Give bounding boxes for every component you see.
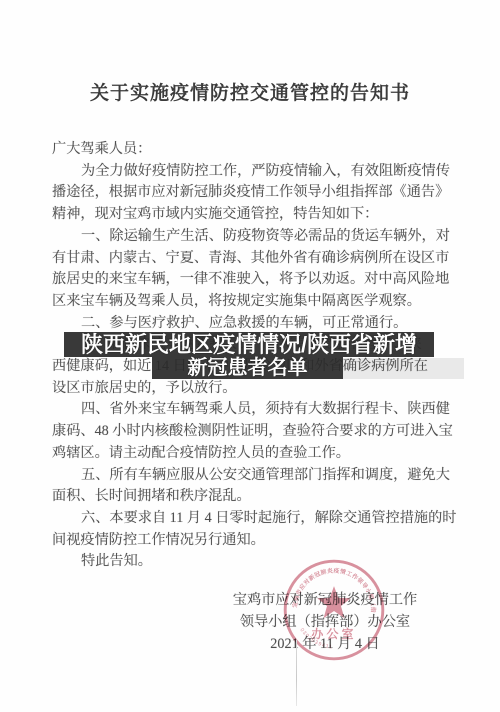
- doc-line: 广大驾乘人员：: [52, 139, 456, 161]
- doc-line: 播途径，根据市应对新冠肺炎疫情工作领导小组指挥部《通告》: [52, 182, 456, 204]
- document-photo: 关于实施疫情防控交通管控的告知书 广大驾乘人员：为全力做好疫情防控工作，严防疫情…: [0, 0, 500, 712]
- doc-line: 面积、长时间拥堵和秩序混乱。: [52, 486, 456, 508]
- doc-line: 五、所有车辆应服从公安交通管理部门指挥和调度，避免大: [52, 465, 456, 487]
- doc-line: 间视疫情防控工作情况另行通知。: [52, 530, 456, 552]
- overlay-caption-line2: 新冠患者名单: [152, 357, 343, 379]
- doc-line: 特此告知。: [52, 551, 456, 573]
- seal-star-icon: [317, 586, 351, 618]
- caption-shadow: [343, 358, 464, 379]
- doc-line: 鸡辖区。请主动配合疫情防控人员的查验工作。: [52, 443, 456, 465]
- doc-line: 旅居史的来宝车辆，一律不准驶入，将予以劝返。对中高风险地: [52, 269, 456, 291]
- seal-center-label: 办公室: [311, 626, 356, 641]
- doc-line: 为全力做好疫情防控工作，严防疫情输入，有效阻断疫情传: [52, 161, 456, 183]
- doc-line: 六、本要求自 11 月 4 日零时起施行，解除交通管控措施的时: [52, 508, 456, 530]
- doc-line: 设区市旅居史的，予以放行。: [52, 378, 456, 400]
- doc-line: 有甘肃、内蒙古、宁夏、青海、其他外省有确诊病例所在设区市: [52, 248, 456, 270]
- paper-crease-line: [296, 640, 297, 706]
- doc-line: 区来宝车辆及驾乘人员，将按规定实施集中隔离医学观察。: [52, 291, 456, 313]
- overlay-caption-line1: 陕西新民地区疫情情况/陕西省新增: [64, 332, 434, 357]
- doc-line: 康码、48 小时内核酸检测阴性证明，查验符合要求的方可进入宝: [52, 421, 456, 443]
- page-title: 关于实施疫情防控交通管控的告知书: [0, 78, 500, 105]
- doc-line: 精神，现对宝鸡市域内实施交通管控，特告知如下：: [52, 204, 456, 226]
- doc-line: 四、省外来宝车辆驾乘人员，须持有大数据行程卡、陕西健: [52, 399, 456, 421]
- doc-line: 一、除运输生产生活、防疫物资等必需品的货运车辆外，对: [52, 226, 456, 248]
